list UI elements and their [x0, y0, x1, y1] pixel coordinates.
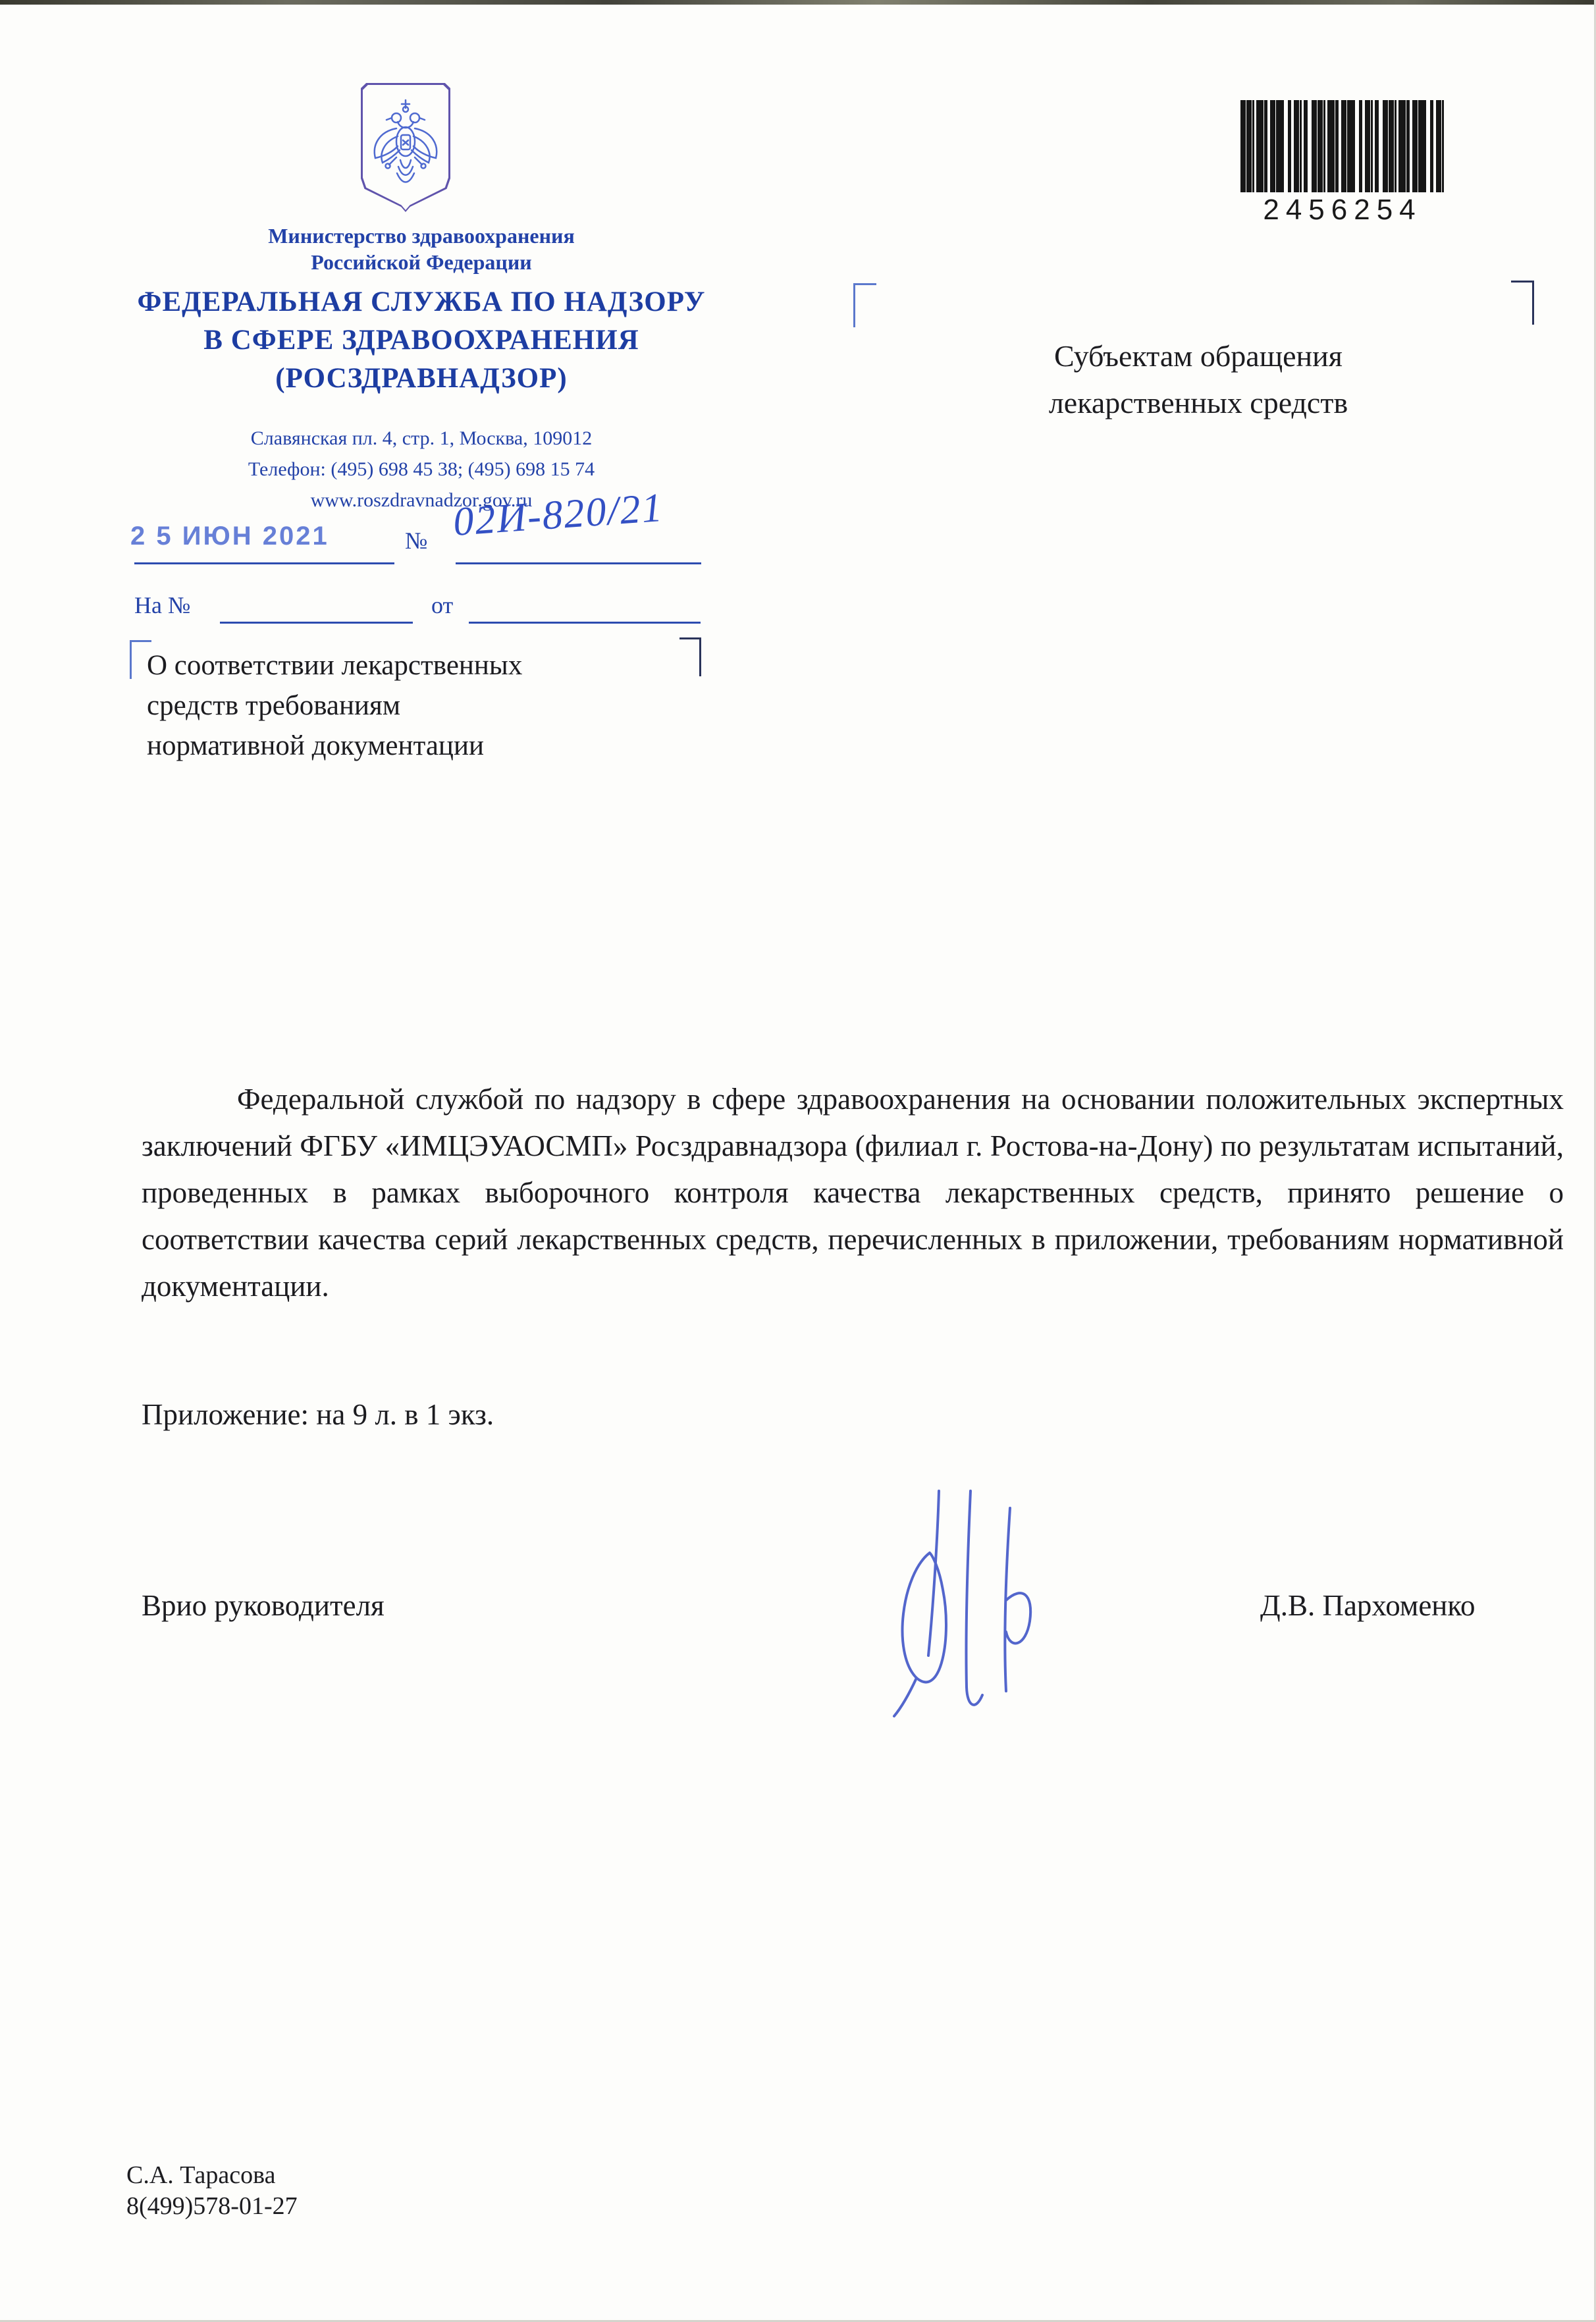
ministry-line-1: Министерство здравоохранения: [112, 223, 731, 249]
executor-phone: 8(499)578-01-27: [126, 2191, 298, 2222]
letter-page: Министерство здравоохранения Российской …: [0, 0, 1596, 2322]
attachment-line: Приложение: на 9 л. в 1 экз.: [142, 1397, 494, 1432]
subject-block: О соответствии лекарственных средств тре…: [147, 645, 693, 766]
signer-title: Врио руководителя: [142, 1588, 385, 1623]
double-headed-eagle-icon: [366, 87, 445, 207]
address-line: Славянская пл. 4, стр. 1, Москва, 109012: [112, 423, 731, 454]
reply-from-label: от: [431, 591, 453, 619]
recipient-block: Субъектам обращения лекарственных средст…: [909, 333, 1488, 426]
recipient-line-1: Субъектам обращения: [909, 333, 1488, 379]
service-line-3: (РОСЗДРАВНАДЗОР): [99, 360, 744, 398]
ministry-line-2: Российской Федерации: [112, 249, 731, 275]
executor-block: С.А. Тарасова 8(499)578-01-27: [126, 2160, 298, 2222]
date-stamp: 2 5 ИЮН 2021: [130, 522, 329, 551]
barcode: 2456254: [1240, 100, 1445, 227]
ministry-name: Министерство здравоохранения Российской …: [112, 223, 731, 275]
barcode-bars: [1240, 100, 1445, 192]
ref-number-underline: [456, 562, 701, 564]
date-underline: [134, 562, 394, 564]
body-paragraph: Федеральной службой по надзору в сфере з…: [142, 1076, 1564, 1310]
phone-line: Телефон: (495) 698 45 38; (495) 698 15 7…: [112, 454, 731, 485]
recipient-corner-left: [853, 283, 876, 327]
signer-name: Д.В. Пархоменко: [1260, 1588, 1475, 1623]
service-name: ФЕДЕРАЛЬНАЯ СЛУЖБА ПО НАДЗОРУ В СФЕРЕ ЗД…: [99, 283, 744, 398]
subject-line-2: средств требованиям: [147, 686, 693, 726]
recipient-corner-right: [1511, 281, 1534, 325]
barcode-number: 2456254: [1240, 194, 1445, 227]
reply-number-underline: [220, 622, 413, 624]
reply-date-underline: [469, 622, 701, 624]
reply-number-label: На №: [134, 591, 190, 619]
executor-name: С.А. Тарасова: [126, 2160, 298, 2191]
subject-line-1: О соответствии лекарственных: [147, 645, 693, 686]
scan-edge-top: [0, 0, 1596, 5]
recipient-line-2: лекарственных средств: [909, 379, 1488, 426]
service-line-1: ФЕДЕРАЛЬНАЯ СЛУЖБА ПО НАДЗОРУ: [99, 283, 744, 321]
ref-number-label: №: [405, 527, 427, 554]
service-line-2: В СФЕРЕ ЗДРАВООХРАНЕНИЯ: [99, 321, 744, 360]
signature-scrawl: [881, 1490, 1078, 1720]
subject-line-3: нормативной документации: [147, 726, 693, 766]
state-emblem: [361, 83, 450, 212]
